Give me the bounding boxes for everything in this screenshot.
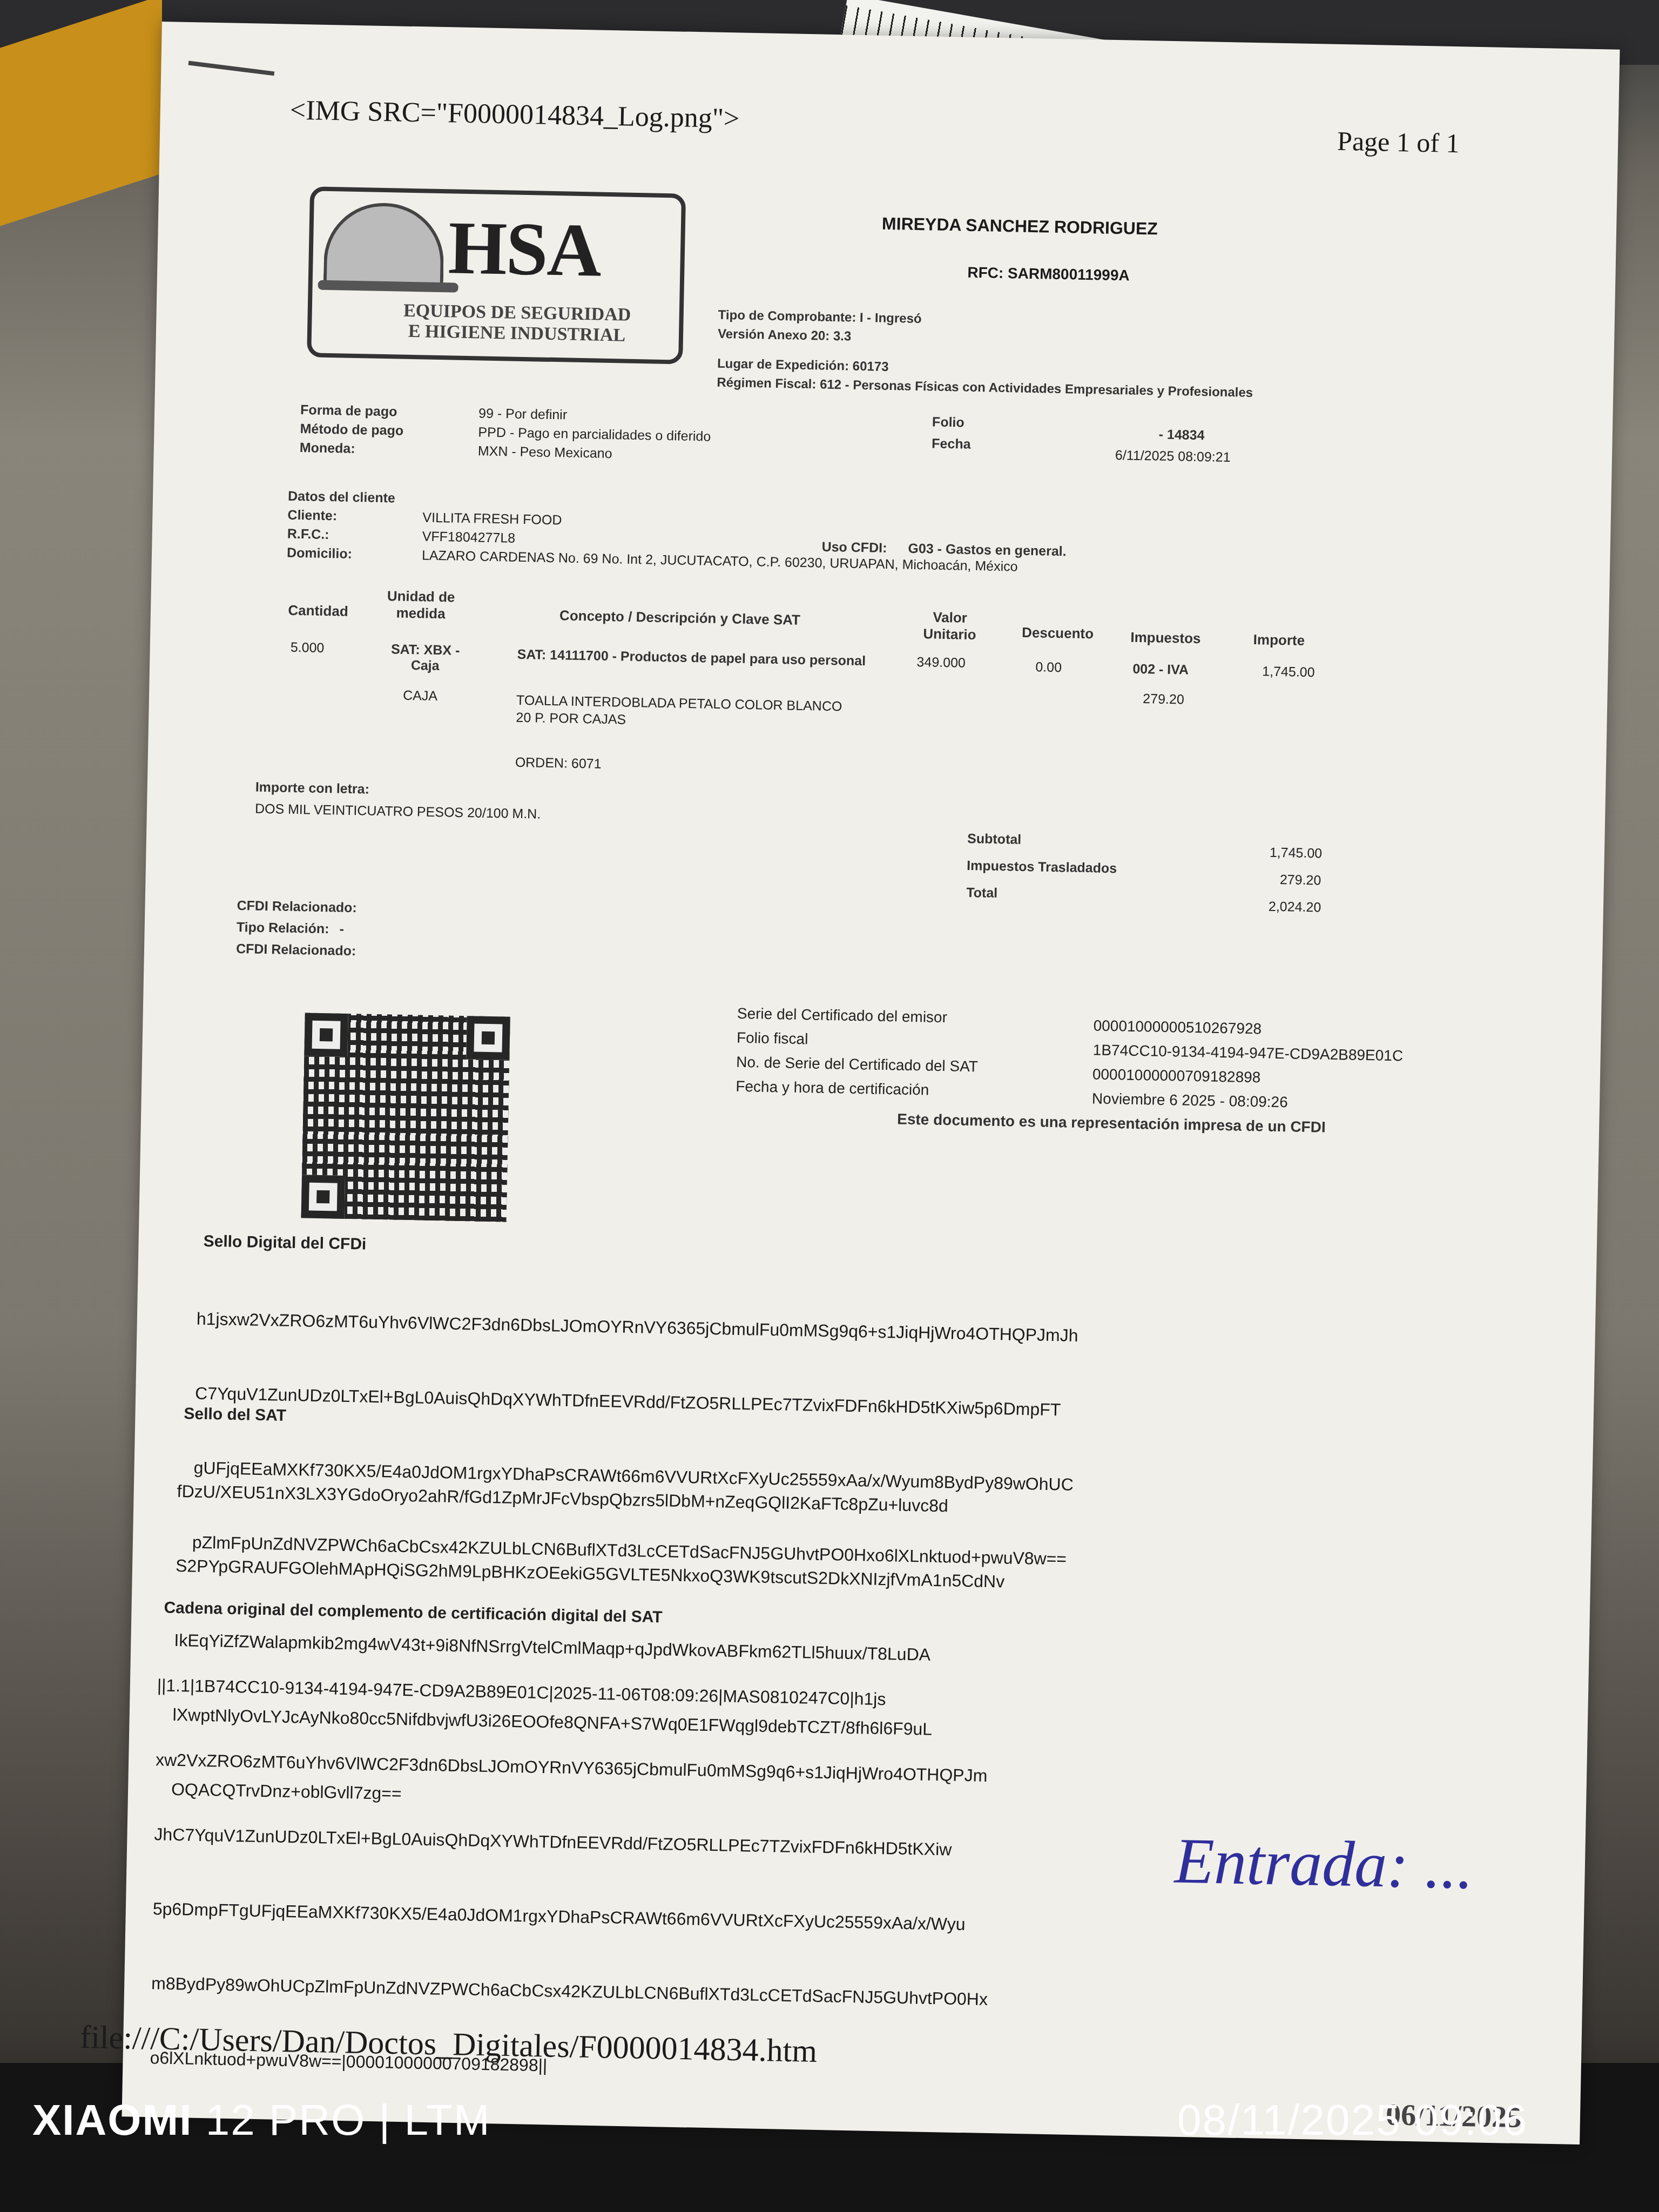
- amount-words-value: DOS MIL VEINTICUATRO PESOS 20/100 M.N.: [255, 801, 541, 822]
- fecha-cert-value: Noviembre 6 2025 - 08:09:26: [1092, 1090, 1288, 1111]
- cadena-line: JhC7YquV1ZunUDz0LTxEl+BgL0AuisQhDqXYWhTD…: [154, 1822, 991, 1863]
- col-concepto: Concepto / Descripción y Clave SAT: [529, 606, 831, 629]
- uso-cfdi-value: G03 - Gastos en general.: [908, 541, 1067, 560]
- domicilio-label: Domicilio:: [287, 545, 352, 562]
- sello-cfdi-line: h1jsxw2VxZRO6zMT6uYhv6VlWC2F3dn6DbsLJOmO…: [196, 1306, 1078, 1348]
- version-anexo: Versión Anexo 20: 3.3: [718, 327, 852, 345]
- row-unidad: CAJA: [403, 688, 437, 704]
- row-cantidad: 5.000: [291, 640, 325, 656]
- folio-fiscal-value: 1B74CC10-9134-4194-947E-CD9A2B89E01C: [1092, 1041, 1403, 1064]
- folio-label: Folio: [932, 415, 965, 431]
- page-indicator: Page 1 of 1: [1337, 125, 1460, 159]
- forma-pago-label: Forma de pago: [300, 402, 397, 420]
- fecha-value: 6/11/2025 08:09:21: [1115, 448, 1231, 466]
- serie-emisor-label: Serie del Certificado del emisor: [737, 1005, 948, 1026]
- tipo-comprobante: Tipo de Comprobante: I - Ingresó: [718, 308, 921, 327]
- row-descripcion-2: 20 P. POR CAJAS: [516, 710, 626, 728]
- sello-sat-line: S2PYpGRAUFGOlehMApHQiSG2hM9LpBHKzOEekiG5…: [176, 1553, 1005, 1594]
- rfc-value: VFF1804277L8: [422, 529, 515, 546]
- metodo-pago-value: PPD - Pago en parcialidades o diferido: [478, 424, 711, 444]
- row-orden: ORDEN: 6071: [515, 755, 601, 772]
- fecha-cert-label: Fecha y hora de certificación: [736, 1078, 929, 1099]
- col-impuestos: Impuestos: [1117, 629, 1215, 647]
- folio-fiscal-label: Folio fiscal: [737, 1029, 808, 1048]
- header-dash: [188, 61, 274, 76]
- fecha-label: Fecha: [932, 436, 971, 453]
- subtotal-value: 1,745.00: [1270, 845, 1323, 862]
- serie-sat-value: 00001000000709182898: [1092, 1065, 1261, 1086]
- invoice-paper: <IMG SRC="F0000014834_Log.png"> Page 1 o…: [122, 22, 1620, 2144]
- folio-value: - 14834: [1158, 427, 1204, 444]
- sello-cfdi-line: C7YquV1ZunUDz0LTxEl+BgL0AuisQhDqXYWhTDfn…: [195, 1381, 1077, 1422]
- qr-code: [301, 1013, 510, 1222]
- col-cantidad: Cantidad: [275, 602, 362, 620]
- row-unidad-sat: SAT: XBX - Caja: [387, 642, 463, 675]
- moneda-label: Moneda:: [300, 440, 355, 457]
- qr-finder-icon: [466, 1016, 510, 1060]
- serie-emisor-value: 00001000000510267928: [1093, 1017, 1262, 1037]
- issuer-name: MIREYDA SANCHEZ RODRIGUEZ: [882, 214, 1158, 239]
- tipo-relacion-value: -: [339, 922, 344, 937]
- logo-tagline: EQUIPOS DE SEGURIDAD E HIGIENE INDUSTRIA…: [366, 300, 669, 347]
- col-descuento: Descuento: [1009, 624, 1107, 642]
- camera-model: 12 PRO | LTM: [192, 2096, 490, 2144]
- cadena-line: xw2VxZRO6zMT6uYhv6VlWC2F3dn6DbsLJOmOYRnV…: [156, 1747, 993, 1788]
- cadena-line: m8BydPy89wOhUCpZlmFpUnZdNVZPWCh6aCbCsx42…: [151, 1971, 988, 2012]
- row-concepto-sat: SAT: 14111700 - Productos de papel para …: [517, 647, 873, 670]
- total-value: 2,024.20: [1269, 899, 1321, 916]
- regimen-fiscal: Régimen Fiscal: 612 - Personas Físicas c…: [717, 375, 1253, 401]
- issuer-rfc: RFC: SARM80011999A: [967, 264, 1130, 285]
- cfdi-disclaimer: Este documento es una representación imp…: [897, 1111, 1326, 1136]
- camera-watermark: XIAOMI 12 PRO | LTM: [32, 2095, 491, 2145]
- company-logo: HSA EQUIPOS DE SEGURIDAD E HIGIENE INDUS…: [307, 186, 686, 364]
- cadena-line: ||1.1|1B74CC10-9134-4194-947E-CD9A2B89E0…: [157, 1673, 994, 1714]
- moneda-value: MXN - Peso Mexicano: [478, 443, 612, 462]
- row-valor-unitario: 349.000: [916, 655, 966, 671]
- row-importe: 1,745.00: [1262, 664, 1315, 680]
- col-importe: Importe: [1230, 631, 1328, 649]
- sello-cfdi-title: Sello Digital del CFDi: [203, 1232, 366, 1254]
- col-unidad: Unidad de medida: [377, 588, 464, 623]
- cliente-label: Cliente:: [287, 508, 337, 524]
- metodo-pago-label: Método de pago: [300, 421, 403, 439]
- helmet-icon: [323, 202, 445, 288]
- client-section-label: Datos del cliente: [288, 489, 395, 507]
- img-src-text: <IMG SRC="F0000014834_Log.png">: [289, 95, 739, 135]
- sello-sat-line: fDzU/XEU51nX3LX3YGdoOryo2ahR/fGd1ZpMrJFc…: [177, 1479, 1006, 1519]
- camera-brand: XIAOMI: [32, 2096, 192, 2144]
- cfdi-relacionado-label: CFDI Relacionado:: [237, 898, 357, 916]
- row-impuesto-monto: 279.20: [1143, 691, 1184, 707]
- total-label: Total: [966, 885, 997, 901]
- logo-brand: HSA: [448, 204, 602, 294]
- sello-sat-title: Sello del SAT: [184, 1405, 286, 1425]
- uso-cfdi-label: Uso CFDI:: [821, 539, 887, 556]
- rfc-label: R.F.C.:: [287, 527, 329, 543]
- cliente-value: VILLITA FRESH FOOD: [422, 510, 562, 528]
- row-impuesto-tipo: 002 - IVA: [1132, 662, 1189, 678]
- qr-finder-icon: [304, 1013, 348, 1057]
- impuestos-trasladados-label: Impuestos Trasladados: [967, 858, 1117, 876]
- impuestos-trasladados-value: 279.20: [1280, 872, 1321, 888]
- row-descuento: 0.00: [1035, 659, 1062, 676]
- tipo-relacion-label: Tipo Relación: -: [237, 920, 345, 938]
- qr-finder-icon: [301, 1175, 346, 1219]
- serie-sat-label: No. de Serie del Certificado del SAT: [736, 1054, 978, 1076]
- subtotal-label: Subtotal: [967, 831, 1022, 848]
- cadena-line: 5p6DmpFTgUFjqEEaMXKf730KX5/E4a0JdOM1rgxY…: [152, 1896, 989, 1937]
- handwritten-note: Entrada: ...: [1174, 1824, 1474, 1904]
- lugar-expedicion: Lugar de Expedición: 60173: [717, 356, 889, 375]
- col-valor-unitario: Valor Unitario: [906, 609, 993, 644]
- forma-pago-value: 99 - Por definir: [478, 406, 567, 423]
- helmet-brim-icon: [318, 280, 458, 293]
- cfdi-relacionado-label-2: CFDI Relacionado:: [236, 941, 356, 959]
- amount-words-label: Importe con letra:: [255, 780, 370, 798]
- capture-timestamp: 08/11/2025 09:06: [1177, 2095, 1528, 2145]
- tipo-relacion-label-text: Tipo Relación:: [237, 920, 329, 936]
